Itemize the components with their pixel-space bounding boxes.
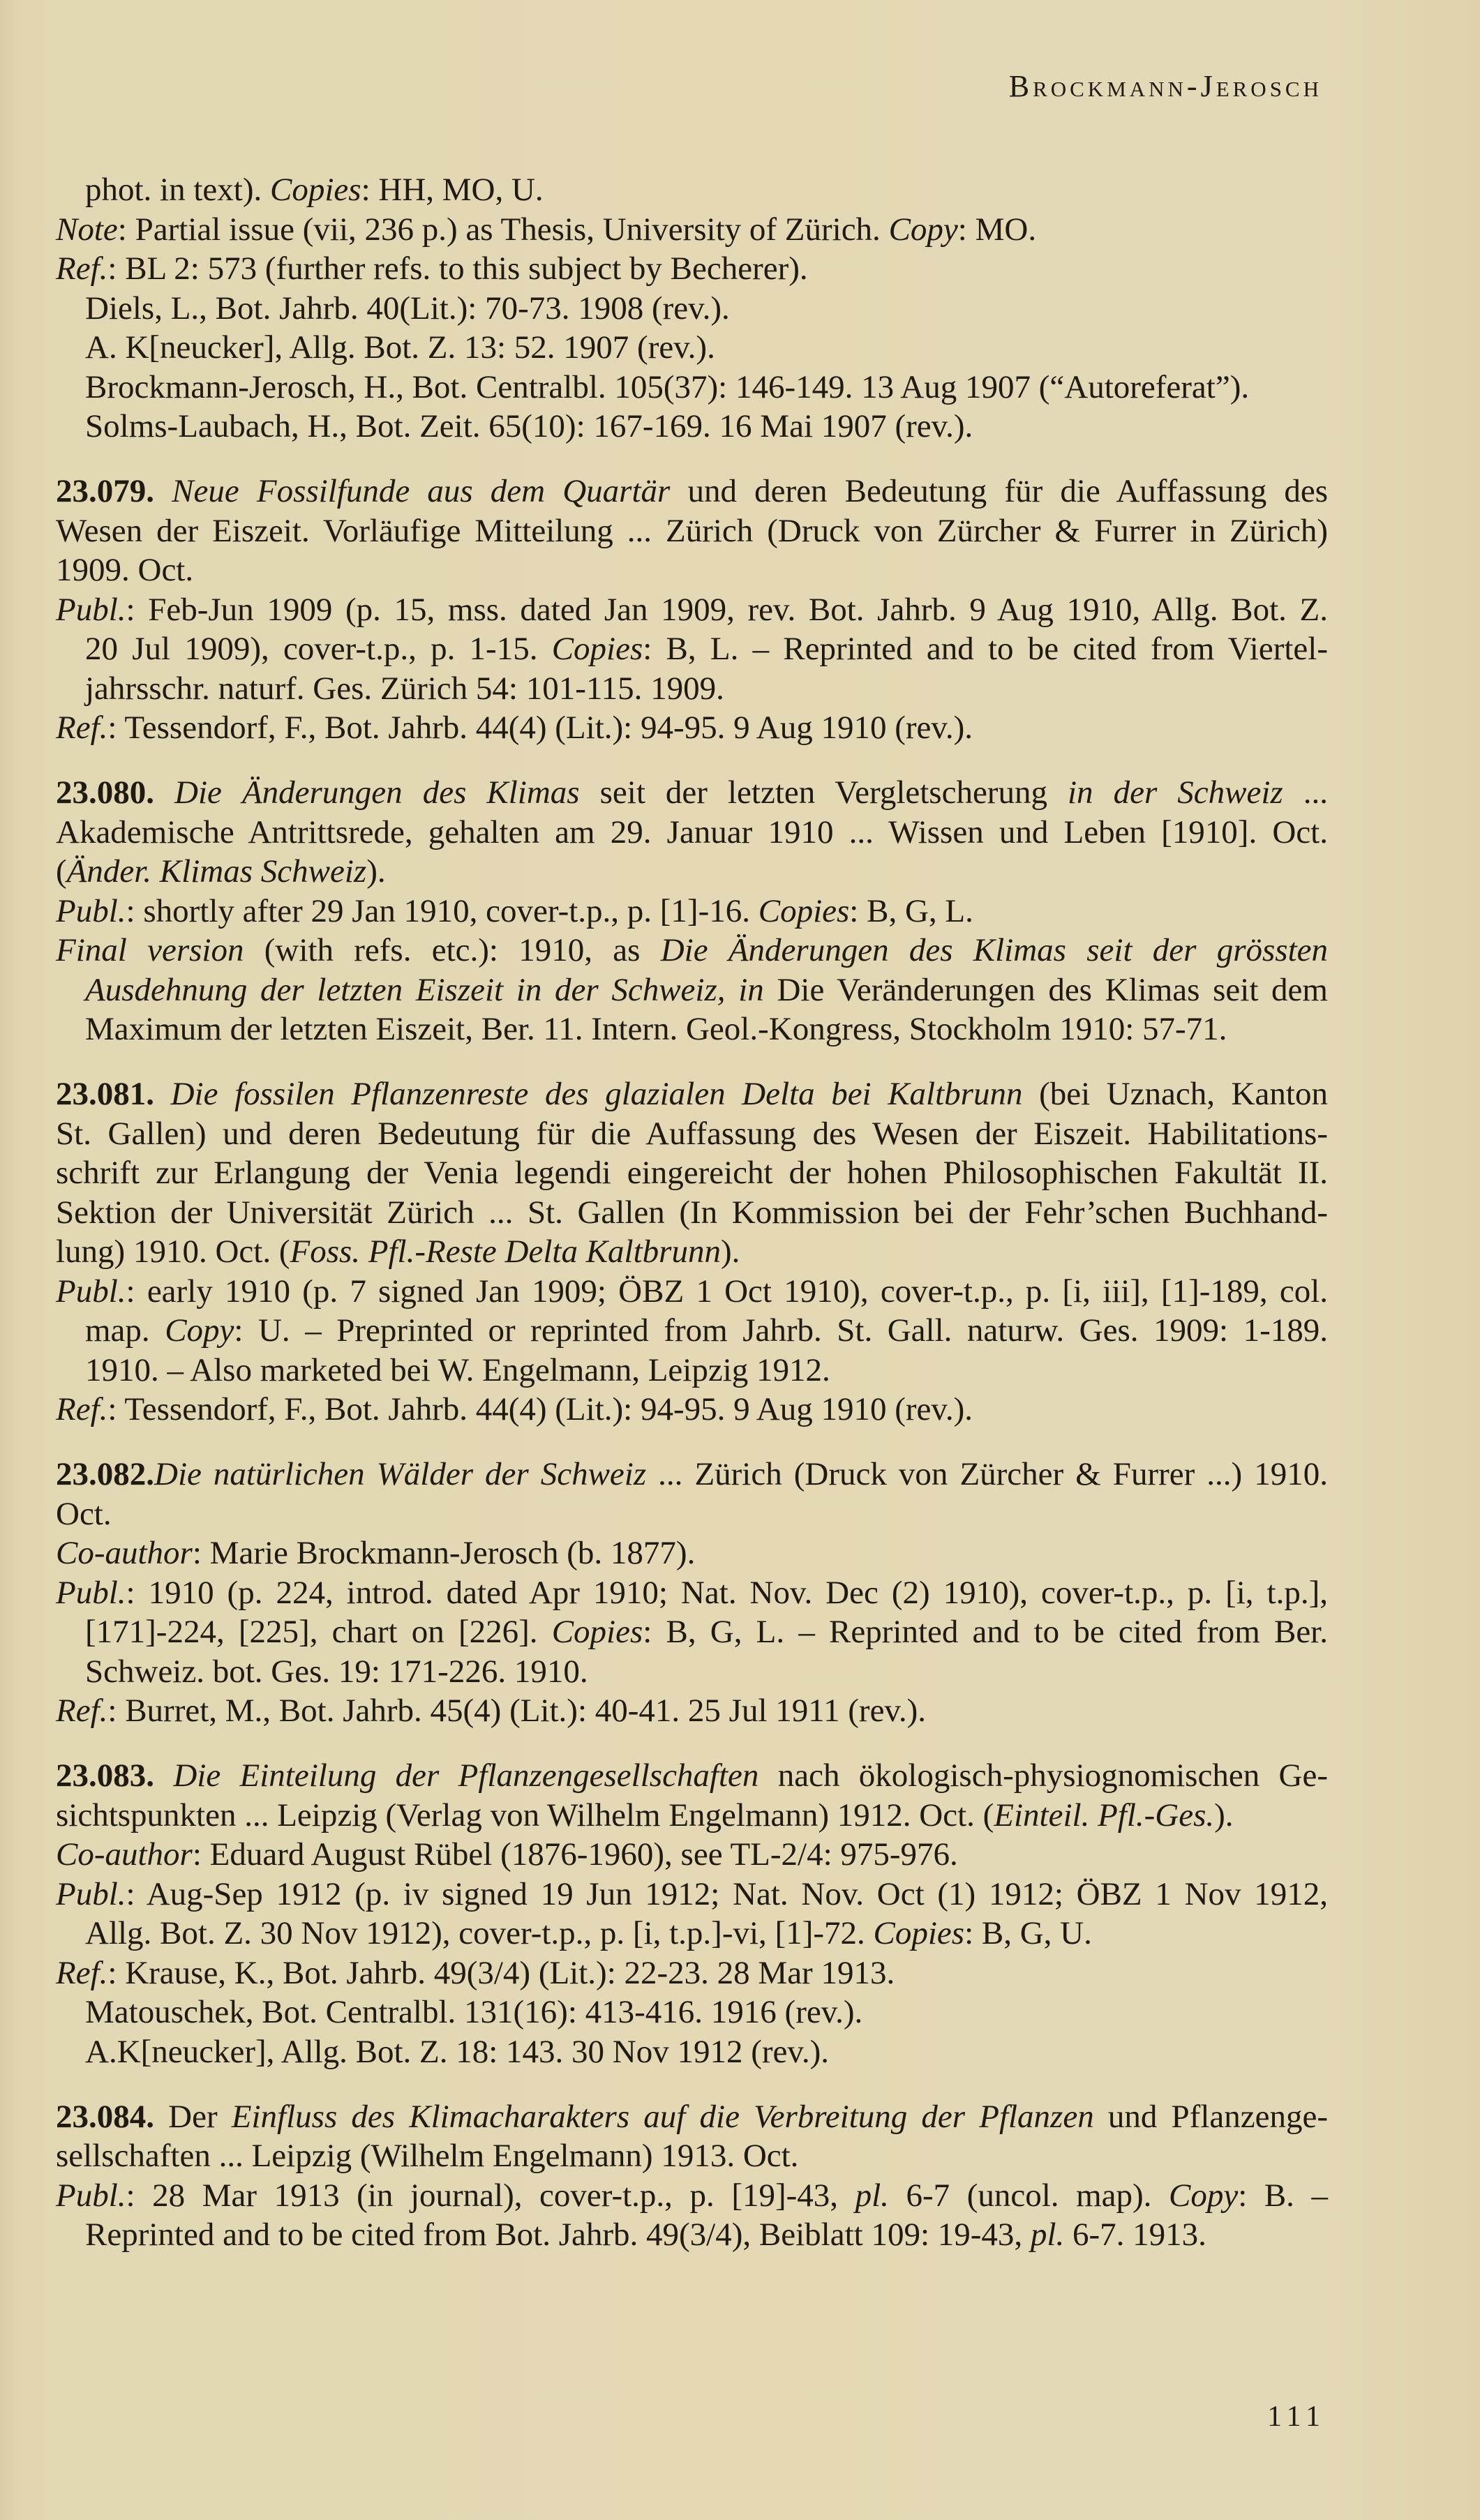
italic-text: Neue Fossilfunde aus dem Quartär (172, 473, 670, 509)
text-line: map. Copy: U. – Preprinted or reprinted … (56, 1311, 1328, 1351)
text-line: Ref.: Krause, K., Bot. Jahrb. 49(3/4) (L… (56, 1953, 1328, 1993)
text-segment: schrift zur Erlangung der Venia legendi … (56, 1155, 1328, 1191)
entry-number: 23.081. (56, 1076, 154, 1112)
text-line: sichtspunkten ... Leipzig (Verlag von Wi… (56, 1796, 1328, 1836)
text-line: 23.084. Der Einfluss des Klimacharakters… (56, 2097, 1328, 2137)
text-line: Publ.: 28 Mar 1913 (in journal), cover-t… (56, 2176, 1328, 2216)
text-segment: : B, G, L. – Reprinted and to be cited f… (643, 1614, 1328, 1650)
text-segment: : B, L. – Reprinted and to be cited from… (643, 631, 1328, 667)
text-line: 1910. – Also marketed bei W. Engelmann, … (56, 1351, 1328, 1390)
text-segment: St. Gallen) und deren Bedeutung für die … (56, 1116, 1328, 1152)
text-line: Publ.: Aug-Sep 1912 (p. iv signed 19 Jun… (56, 1875, 1328, 1914)
italic-text: Publ. (56, 1876, 126, 1912)
italic-text: Final version (56, 932, 244, 968)
text-line: sellschaften ... Leipzig (Wilhelm Engelm… (56, 2136, 1328, 2176)
text-segment: 20 Jul 1909), cover-t.p., p. 1-15. (85, 631, 552, 667)
page-body: phot. in text). Copies: HH, MO, U.Note: … (56, 170, 1328, 2280)
italic-text: Ref. (56, 250, 107, 287)
text-line: Publ.: shortly after 29 Jan 1910, cover-… (56, 892, 1328, 931)
text-segment: Diels, L., Bot. Jahrb. 40(Lit.): 70-73. … (85, 290, 730, 327)
text-line: 23.080. Die Änderungen des Klimas seit d… (56, 773, 1328, 813)
italic-text: Ref. (56, 1955, 107, 1991)
italic-text: Copies (552, 631, 643, 667)
text-line: 23.082.Die natürlichen Wälder der Schwei… (56, 1455, 1328, 1494)
italic-text: Copies (552, 1614, 643, 1650)
italic-text: Ref. (56, 710, 107, 746)
text-segment: : BL 2: 573 (further refs. to this subje… (107, 250, 807, 287)
text-line: 23.081. Die fossilen Pflanzenreste des g… (56, 1074, 1328, 1114)
italic-text: Copies (270, 172, 361, 208)
italic-text: Copies (874, 1915, 965, 1951)
italic-text: Co-author (56, 1535, 193, 1571)
text-segment: ). (721, 1233, 740, 1270)
text-segment: sellschaften ... Leipzig (Wilhelm Engelm… (56, 2138, 798, 2174)
text-line: Publ.: early 1910 (p. 7 signed Jan 1909;… (56, 1272, 1328, 1312)
italic-text: Publ. (56, 893, 126, 929)
text-segment: Der (154, 2099, 232, 2135)
text-line: (Änder. Klimas Schweiz). (56, 852, 1328, 892)
text-line: A. K[neucker], Allg. Bot. Z. 13: 52. 190… (56, 328, 1328, 368)
text-segment: : early 1910 (p. 7 signed Jan 1909; ÖBZ … (126, 1273, 1328, 1310)
text-segment (154, 1076, 171, 1112)
continuation-block: phot. in text). Copies: HH, MO, U.Note: … (56, 170, 1328, 447)
text-line: 1909. Oct. (56, 550, 1328, 590)
italic-text: Die Einteilung der Pflanzengesellschafte… (173, 1757, 758, 1794)
text-line: Ausdehnung der letzten Eiszeit in der Sc… (56, 970, 1328, 1010)
text-segment (154, 1757, 173, 1794)
text-segment: jahrsschr. naturf. Ges. Zürich 54: 101-1… (85, 670, 724, 707)
text-line: Solms-Laubach, H., Bot. Zeit. 65(10): 16… (56, 407, 1328, 447)
italic-text: Einteil. Pfl.-Ges. (994, 1797, 1214, 1833)
entry-number: 23.082. (56, 1456, 154, 1492)
text-segment: Sektion der Universität Zürich ... St. G… (56, 1194, 1328, 1231)
text-segment: : B, G, U. (964, 1915, 1092, 1951)
text-line: Diels, L., Bot. Jahrb. 40(Lit.): 70-73. … (56, 289, 1328, 329)
text-line: Publ.: Feb-Jun 1909 (p. 15, mss. dated J… (56, 590, 1328, 630)
text-segment: Matouschek, Bot. Centralbl. 131(16): 413… (85, 1994, 862, 2030)
text-segment: : Burret, M., Bot. Jahrb. 45(4) (Lit.): … (107, 1693, 926, 1729)
text-segment: Brockmann-Jerosch, H., Bot. Centralbl. 1… (85, 369, 1249, 405)
page-number: 111 (1267, 2402, 1326, 2431)
bibliography-entry: 23.083. Die Einteilung der Pflanzengesel… (56, 1756, 1328, 2071)
text-line: schrift zur Erlangung der Venia legendi … (56, 1153, 1328, 1193)
italic-text: Foss. Pfl.-Reste Delta Kaltbrunn (290, 1233, 720, 1270)
text-segment: : Partial issue (vii, 236 p.) as Thesis,… (118, 211, 889, 248)
text-segment: ( (56, 853, 67, 890)
bibliography-entry: 23.080. Die Änderungen des Klimas seit d… (56, 773, 1328, 1049)
text-line: Schweiz. bot. Ges. 19: 171-226. 1910. (56, 1652, 1328, 1692)
text-line: 23.083. Die Einteilung der Pflanzengesel… (56, 1756, 1328, 1796)
text-segment: 1910. – Also marketed bei W. Engelmann, … (85, 1352, 830, 1388)
entry-number: 23.079. (56, 473, 154, 509)
text-segment: Oct. (56, 1496, 112, 1532)
text-segment (154, 774, 174, 811)
text-segment: ). (1214, 1797, 1233, 1833)
italic-text: pl. (1031, 2217, 1064, 2253)
text-segment: und deren Bedeutung für die Auffassung d… (670, 473, 1328, 509)
italic-text: Die fossilen Pflanzenreste des glazialen… (171, 1076, 1023, 1112)
text-segment: (bei Uznach, Kanton (1022, 1076, 1328, 1112)
italic-text: Copy (1169, 2177, 1238, 2214)
text-line: Ref.: Tessendorf, F., Bot. Jahrb. 44(4) … (56, 1390, 1328, 1430)
text-line: Final version (with refs. etc.): 1910, a… (56, 931, 1328, 970)
text-segment: : MO. (958, 211, 1036, 248)
text-segment: Reprinted and to be cited from Bot. Jahr… (85, 2217, 1031, 2253)
text-segment: und Pflanzenge- (1094, 2099, 1328, 2135)
text-segment: (with refs. etc.): 1910, as (244, 932, 660, 968)
text-line: Ref.: Tessendorf, F., Bot. Jahrb. 44(4) … (56, 708, 1328, 748)
text-segment (154, 473, 172, 509)
text-segment: seit der letzten Vergletscherung (580, 774, 1068, 811)
entries-list: 23.079. Neue Fossilfunde aus dem Quartär… (56, 472, 1328, 2255)
entry-number: 23.083. (56, 1757, 154, 1794)
text-segment: nach ökologisch-physiognomischen Ge- (758, 1757, 1328, 1794)
italic-text: Copy (889, 211, 958, 248)
text-segment: : Krause, K., Bot. Jahrb. 49(3/4) (Lit.)… (107, 1955, 895, 1991)
text-segment: phot. in text). (85, 172, 270, 208)
text-segment: : shortly after 29 Jan 1910, cover-t.p.,… (126, 893, 758, 929)
text-segment: 6-7 (uncol. map). (889, 2177, 1169, 2214)
entry-number: 23.084. (56, 2099, 154, 2135)
text-line: Brockmann-Jerosch, H., Bot. Centralbl. 1… (56, 368, 1328, 407)
italic-text: Publ. (56, 2177, 126, 2214)
text-segment: ). (366, 853, 385, 890)
italic-text: Publ. (56, 1575, 126, 1611)
text-segment: : U. – Preprinted or reprinted from Jahr… (234, 1312, 1328, 1349)
italic-text: Die natürlichen Wälder der Schweiz (154, 1456, 646, 1492)
italic-text: Copy (165, 1312, 234, 1349)
text-line: Matouschek, Bot. Centralbl. 131(16): 413… (56, 1993, 1328, 2032)
text-segment: : Feb-Jun 1909 (p. 15, mss. dated Jan 19… (126, 592, 1328, 628)
text-segment: lung) 1910. Oct. ( (56, 1233, 290, 1270)
text-segment: 6-7. 1913. (1064, 2217, 1206, 2253)
text-line: Note: Partial issue (vii, 236 p.) as The… (56, 210, 1328, 250)
text-line: [171]-224, [225], chart on [226]. Copies… (56, 1612, 1328, 1652)
text-segment: Solms-Laubach, H., Bot. Zeit. 65(10): 16… (85, 408, 973, 444)
italic-text: in der Schweiz (1068, 774, 1283, 811)
text-line: Oct. (56, 1494, 1328, 1534)
bibliography-entry: 23.082.Die natürlichen Wälder der Schwei… (56, 1455, 1328, 1731)
text-segment: Maximum der letzten Eiszeit, Ber. 11. In… (85, 1011, 1227, 1047)
italic-text: Note (56, 211, 118, 248)
italic-text: Einfluss des Klimacharakters auf die Ver… (232, 2099, 1094, 2135)
text-segment: : Marie Brockmann-Jerosch (b. 1877). (193, 1535, 695, 1571)
text-segment: : 28 Mar 1913 (in journal), cover-t.p., … (126, 2177, 855, 2214)
text-segment: : Tessendorf, F., Bot. Jahrb. 44(4) (Lit… (107, 710, 973, 746)
text-line: Maximum der letzten Eiszeit, Ber. 11. In… (56, 1010, 1328, 1049)
running-head: Brockmann-Jerosch (1009, 71, 1322, 102)
italic-text: Copies (758, 893, 850, 929)
text-segment: sichtspunkten ... Leipzig (Verlag von Wi… (56, 1797, 994, 1833)
text-line: 20 Jul 1909), cover-t.p., p. 1-15. Copie… (56, 629, 1328, 669)
bibliography-entry: 23.084. Der Einfluss des Klimacharakters… (56, 2097, 1328, 2255)
text-segment: Schweiz. bot. Ges. 19: 171-226. 1910. (85, 1653, 588, 1690)
entry-number: 23.080. (56, 774, 154, 811)
text-segment: A. K[neucker], Allg. Bot. Z. 13: 52. 190… (85, 329, 715, 366)
text-line: Akademische Antrittsrede, gehalten am 29… (56, 813, 1328, 853)
text-line: 23.079. Neue Fossilfunde aus dem Quartär… (56, 472, 1328, 511)
text-segment: Allg. Bot. Z. 30 Nov 1912), cover-t.p., … (85, 1915, 874, 1951)
text-segment: Die Veränderungen des Klimas seit dem (764, 972, 1328, 1008)
italic-text: Die Änderungen des Klimas (174, 774, 580, 811)
text-segment: : Aug-Sep 1912 (p. iv signed 19 Jun 1912… (126, 1876, 1328, 1912)
text-segment: ... Zürich (Druck von Zürcher & Furrer .… (646, 1456, 1328, 1492)
italic-text: Änder. Klimas Schweiz (67, 853, 367, 890)
italic-text: Co-author (56, 1836, 193, 1873)
italic-text: Publ. (56, 592, 126, 628)
bibliography-entry: 23.081. Die fossilen Pflanzenreste des g… (56, 1074, 1328, 1430)
text-line: Co-author: Marie Brockmann-Jerosch (b. 1… (56, 1533, 1328, 1573)
text-segment: : B. – (1238, 2177, 1328, 2214)
text-segment: Akademische Antrittsrede, gehalten am 29… (56, 814, 1328, 850)
text-segment: : Tessendorf, F., Bot. Jahrb. 44(4) (Lit… (107, 1391, 973, 1427)
text-segment: [171]-224, [225], chart on [226]. (85, 1614, 552, 1650)
text-line: Sektion der Universität Zürich ... St. G… (56, 1193, 1328, 1233)
text-line: A.K[neucker], Allg. Bot. Z. 18: 143. 30 … (56, 2032, 1328, 2072)
italic-text: Ausdehnung der letzten Eiszeit in der Sc… (85, 972, 764, 1008)
italic-text: pl. (855, 2177, 889, 2214)
text-segment: 1909. Oct. (56, 552, 193, 588)
text-line: Publ.: 1910 (p. 224, introd. dated Apr 1… (56, 1573, 1328, 1613)
text-segment: ... (1283, 774, 1328, 811)
bibliography-entry: 23.079. Neue Fossilfunde aus dem Quartär… (56, 472, 1328, 748)
italic-text: Die Änderungen des Klimas seit der gröss… (661, 932, 1328, 968)
text-line: lung) 1910. Oct. (Foss. Pfl.-Reste Delta… (56, 1232, 1328, 1272)
text-segment: : 1910 (p. 224, introd. dated Apr 1910; … (126, 1575, 1328, 1611)
text-line: Co-author: Eduard August Rübel (1876-196… (56, 1835, 1328, 1875)
text-segment: map. (85, 1312, 165, 1349)
text-line: jahrsschr. naturf. Ges. Zürich 54: 101-1… (56, 669, 1328, 709)
italic-text: Ref. (56, 1391, 107, 1427)
text-segment: : HH, MO, U. (361, 172, 544, 208)
text-segment: A.K[neucker], Allg. Bot. Z. 18: 143. 30 … (85, 2034, 829, 2070)
text-line: Ref.: Burret, M., Bot. Jahrb. 45(4) (Lit… (56, 1691, 1328, 1731)
italic-text: Ref. (56, 1693, 107, 1729)
text-line: Wesen der Eiszeit. Vorläufige Mitteilung… (56, 511, 1328, 551)
text-line: phot. in text). Copies: HH, MO, U. (56, 170, 1328, 210)
text-line: Reprinted and to be cited from Bot. Jahr… (56, 2215, 1328, 2255)
italic-text: Publ. (56, 1273, 126, 1310)
text-line: Ref.: BL 2: 573 (further refs. to this s… (56, 249, 1328, 289)
text-line: St. Gallen) und deren Bedeutung für die … (56, 1114, 1328, 1154)
text-segment: Wesen der Eiszeit. Vorläufige Mitteilung… (56, 513, 1328, 549)
text-line: Allg. Bot. Z. 30 Nov 1912), cover-t.p., … (56, 1914, 1328, 1953)
text-segment: : B, G, L. (849, 893, 973, 929)
text-segment: : Eduard August Rübel (1876-1960), see T… (193, 1836, 958, 1873)
